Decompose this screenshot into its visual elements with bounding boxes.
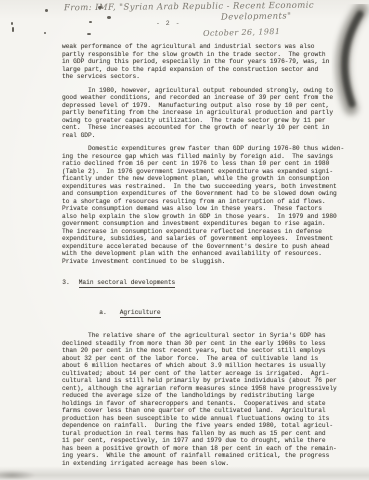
paragraph-domestic-expenditures: Domestic expenditures grew faster than G…: [62, 145, 346, 265]
section-heading: 3.Main sectoral developments: [40, 271, 346, 295]
toner-speck: [107, 16, 111, 19]
paragraph-gdp-growth: weak performance of the agricultural and…: [62, 43, 346, 81]
paragraph-agriculture: The relative share of the agricultural s…: [62, 332, 346, 467]
toner-speck: [87, 33, 91, 35]
handwritten-source-note-continued: Developments": [221, 11, 292, 22]
toner-speck: [98, 6, 102, 9]
subsection-heading: a.Agriculture: [77, 302, 346, 326]
toner-speck: [44, 32, 46, 34]
handwritten-date: October 26, 1981: [203, 27, 281, 38]
page-number: - 2 -: [156, 20, 181, 27]
scan-edge-shadow: [0, 466, 369, 480]
toner-speck: [11, 22, 13, 25]
scanned-document-page: From: IMF, "Syrian Arab Republic - Recen…: [0, 0, 369, 480]
toner-speck: [89, 21, 92, 23]
section-title: Main sectoral developments: [79, 279, 176, 288]
toner-speck: [12, 27, 14, 32]
document-body: weak performance of the agricultural and…: [62, 43, 346, 473]
toner-speck: [45, 9, 48, 12]
subsection-title: Agriculture: [120, 309, 161, 318]
subsection-letter: a.: [99, 309, 106, 317]
paragraph-1980-rebound: In 1980, however, agricultural output re…: [62, 87, 346, 140]
section-number: 3.: [62, 279, 69, 287]
